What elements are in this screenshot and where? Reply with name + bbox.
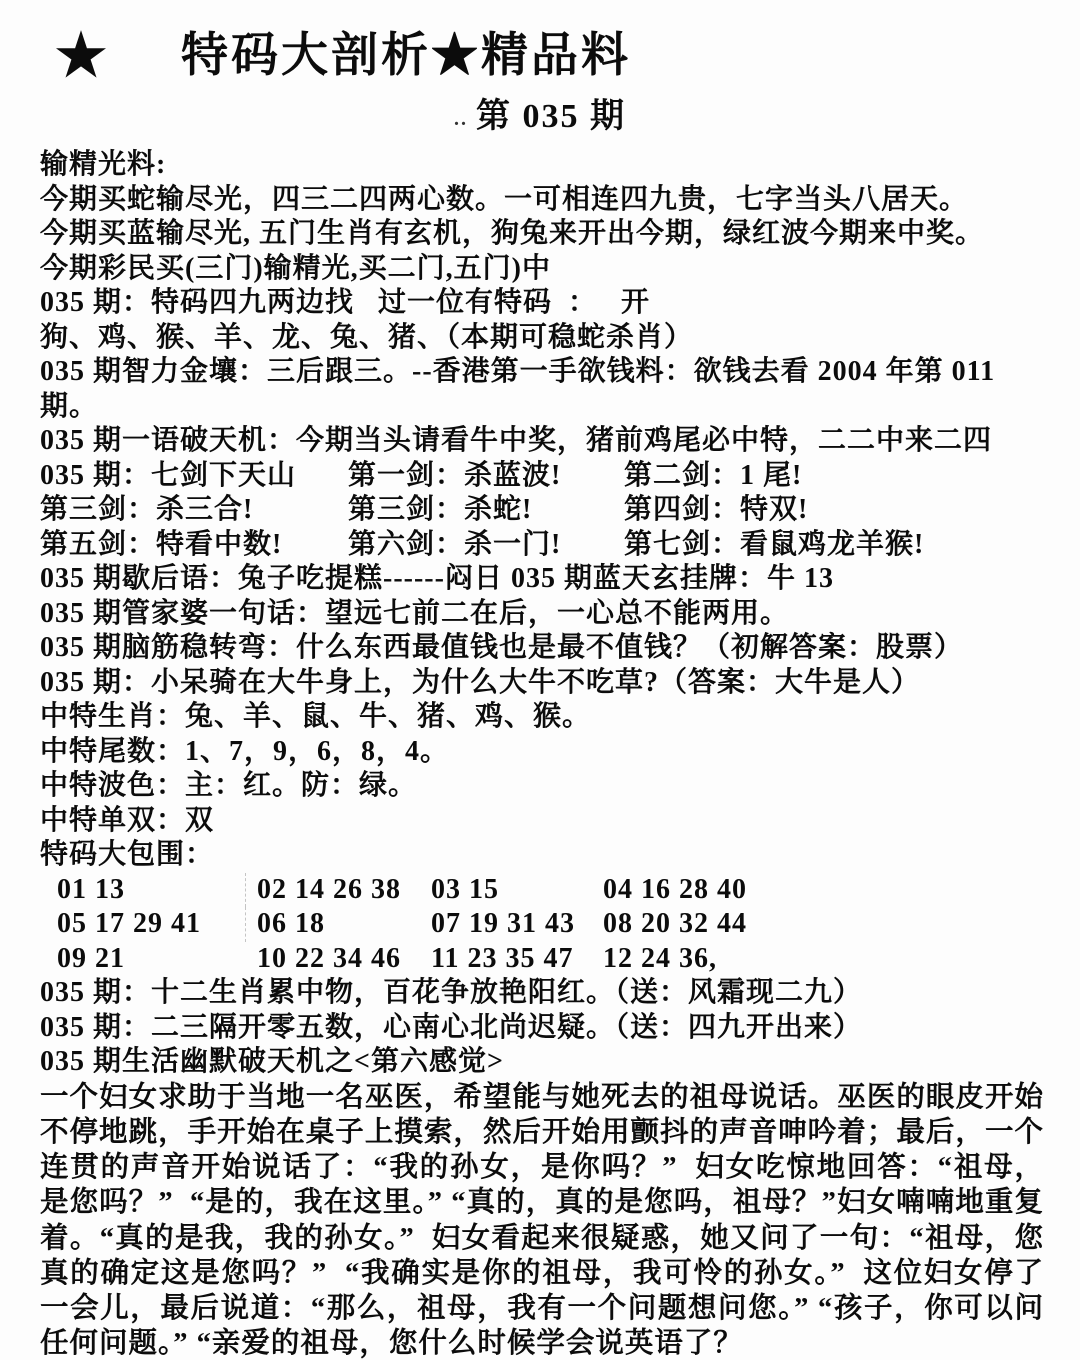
section-heading: 特码大包围： <box>0 838 1080 873</box>
number-group: 08 20 32 44 <box>603 907 1080 942</box>
content: 输精光料: 今期买蛇输尽光，四三二四两心数。一可相连四九贵，七字当头八居天。 今… <box>0 148 1080 1360</box>
text-line: 035 期一语破天机：今期当头请看牛中奖，猪前鸡尾必中特，二二中来二四 <box>0 424 1080 459</box>
text-line: 今期买蓝输尽光, 五门生肖有玄机，狗兔来开出今期，绿红波今期来中奖。 <box>0 217 1080 252</box>
sword-row: 第三剑：杀三合! 第三剑：杀蛇! 第四剑：特双! <box>0 493 1080 528</box>
lottery-tip-sheet: ★ 特码大剖析★精品料 ..第 035 期 输精光料: 今期买蛇输尽光，四三二四… <box>0 0 1080 1360</box>
number-group: 11 23 35 47 <box>431 942 603 977</box>
number-row: 09 21 10 22 34 46 11 23 35 47 12 24 36, <box>0 942 1080 977</box>
sword-cell: 第五剑：特看中数! <box>40 528 348 563</box>
number-group: 05 17 29 41 <box>57 907 257 942</box>
number-group: 02 14 26 38 <box>245 873 431 908</box>
number-group: 03 15 <box>431 873 603 908</box>
dots-mark: .. <box>454 108 468 130</box>
text-line: 035 期生活幽默破天机之<第六感觉> <box>0 1045 1080 1080</box>
number-group: 12 24 36, <box>603 942 1080 977</box>
number-row: 01 13 02 14 26 38 03 15 04 16 28 40 <box>0 873 1080 908</box>
issue-subtitle: ..第 035 期 <box>0 94 1080 142</box>
text-line: 中特尾数：1、7，9，6，8，4。 <box>0 735 1080 770</box>
number-group: 10 22 34 46 <box>257 942 431 977</box>
number-group: 07 19 31 43 <box>431 907 603 942</box>
sword-cell: 035 期：七剑下天山 <box>40 459 348 494</box>
text-line: 035 期管家婆一句话：望远七前二在后，一心总不能两用。 <box>0 597 1080 632</box>
number-group: 09 21 <box>57 942 257 977</box>
sword-cell: 第六剑：杀一门! <box>348 528 624 563</box>
sword-row: 第五剑：特看中数! 第六剑：杀一门! 第七剑：看鼠鸡龙羊猴! <box>0 528 1080 563</box>
text-line: 035 期智力金壤：三后跟三。--香港第一手欲钱料：欲钱去看 2004 年第 0… <box>0 355 1080 424</box>
sword-cell: 第七剑：看鼠鸡龙羊猴! <box>624 528 1080 563</box>
text-line: 035 期：特码四九两边找 过一位有特码 ： 开 <box>0 286 1080 321</box>
sword-row: 035 期：七剑下天山 第一剑：杀蓝波! 第二剑：1 尾! <box>0 459 1080 494</box>
text-line: 035 期歇后语：兔子吃提糕------闷日 035 期蓝天玄挂牌：牛 13 <box>0 562 1080 597</box>
number-group: 06 18 <box>245 907 431 942</box>
text-line: 中特单双：双 <box>0 804 1080 839</box>
sword-cell: 第四剑：特双! <box>624 493 1080 528</box>
section-heading: 输精光料: <box>0 148 1080 183</box>
sword-cell: 第三剑：杀三合! <box>40 493 348 528</box>
text-line: 今期买蛇输尽光，四三二四两心数。一可相连四九贵，七字当头八居天。 <box>0 183 1080 218</box>
page-title: 特码大剖析★精品料 <box>181 27 631 85</box>
number-row: 05 17 29 41 06 18 07 19 31 43 08 20 32 4… <box>0 907 1080 942</box>
star-icon: ★ <box>55 26 107 86</box>
text-line: 狗、鸡、猴、羊、龙、兔、猪、（本期可稳蛇杀肖） <box>0 321 1080 356</box>
text-line: 035 期：小呆骑在大牛身上，为什么大牛不吃草?（答案：大牛是人） <box>0 666 1080 701</box>
header: ★ 特码大剖析★精品料 <box>0 0 1080 86</box>
text-line: 035 期：十二生肖累中物，百花争放艳阳红。（送：风霜现二九） <box>0 976 1080 1011</box>
sword-cell: 第二剑：1 尾! <box>624 459 1080 494</box>
number-group: 04 16 28 40 <box>603 873 1080 908</box>
text-line: 中特生肖：兔、羊、鼠、牛、猪、鸡、猴。 <box>0 700 1080 735</box>
text-line: 035 期脑筋稳转弯：什么东西最值钱也是最不值钱？（初解答案：股票） <box>0 631 1080 666</box>
text-line: 中特波色：主：红。防：绿。 <box>0 769 1080 804</box>
sword-cell: 第三剑：杀蛇! <box>348 493 624 528</box>
issue-number: 第 035 期 <box>476 98 626 135</box>
joke-paragraph: 一个妇女求助于当地一名巫医，希望能与她死去的祖母说话。巫医的眼皮开始不停地跳，手… <box>0 1080 1080 1360</box>
text-line: 035 期：二三隔开零五数，心南心北尚迟疑。（送：四九开出来） <box>0 1011 1080 1046</box>
text-line: 今期彩民买(三门)输精光,买二门,五门)中 <box>0 252 1080 287</box>
sword-cell: 第一剑：杀蓝波! <box>348 459 624 494</box>
number-group: 01 13 <box>57 873 257 908</box>
